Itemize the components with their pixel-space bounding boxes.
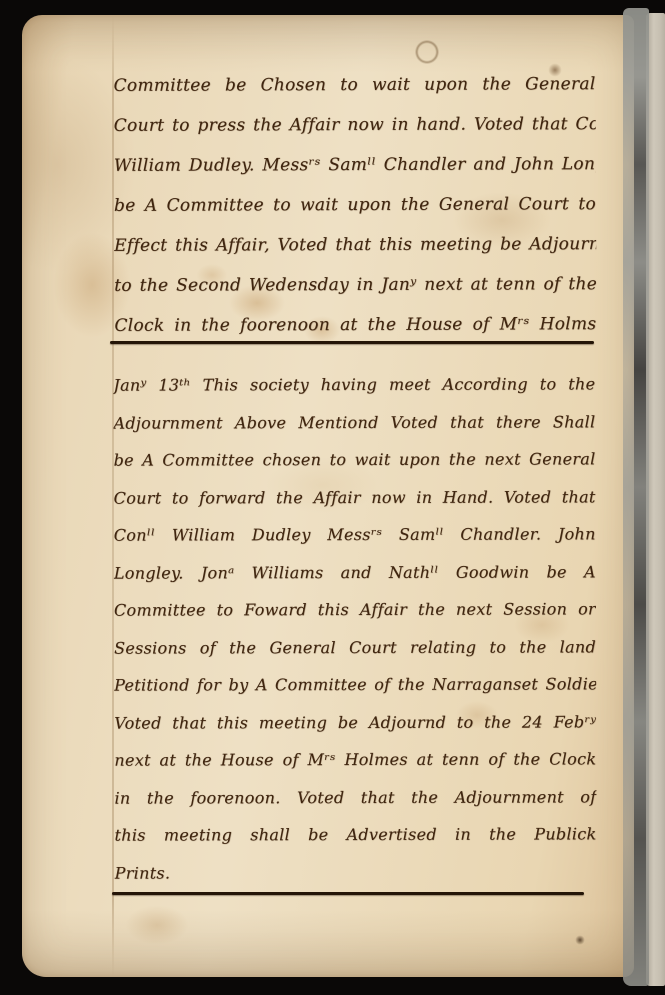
- entry-divider-rule: [110, 341, 594, 344]
- manuscript-line: Court to press the Affair now in hand. V…: [114, 104, 596, 146]
- manuscript-line: Sessions of the General Court relating t…: [114, 628, 596, 667]
- manuscript-line: Conˡˡ William Dudley Messʳˢ Samˡˡ Chandl…: [114, 515, 596, 554]
- manuscript-line: Committee to Foward this Affair the next…: [114, 590, 596, 629]
- manuscript-line: to the Second Wedensday in Janʸ next at …: [114, 264, 596, 306]
- manuscript-line: in the foorenoon. Voted that the Adjourn…: [114, 778, 596, 817]
- manuscript-page: Committee be Chosen to wait upon the Gen…: [22, 15, 634, 977]
- manuscript-line: Petitiond for by A Committee of the Narr…: [114, 665, 596, 704]
- entry-closing-rule: [112, 892, 584, 895]
- manuscript-line: Janʸ 13ᵗʰ This society having meet Accor…: [113, 365, 595, 404]
- second-meeting-entry: Janʸ 13ᵗʰ This society having meet Accor…: [113, 365, 596, 891]
- manuscript-line: be A Committee to wait upon the General …: [114, 184, 596, 226]
- manuscript-line: Clock in the foorenoon at the House of M…: [114, 304, 596, 346]
- manuscript-line: William Dudley. Messʳˢ Samˡˡ Chandler an…: [114, 144, 596, 186]
- manuscript-line: be A Committee chosen to wait upon the n…: [114, 440, 596, 479]
- manuscript-line: Prints.: [115, 853, 597, 892]
- manuscript-line: Voted that this meeting be Adjournd to t…: [114, 703, 596, 742]
- first-meeting-entry: Committee be Chosen to wait upon the Gen…: [114, 64, 597, 346]
- photo-background: Committee be Chosen to wait upon the Gen…: [0, 0, 665, 995]
- manuscript-line: Adjournment Above Mentiond Voted that th…: [113, 403, 595, 442]
- manuscript-line: Court to forward the Affair now in Hand.…: [114, 478, 596, 517]
- manuscript-line: next at the House of Mʳˢ Holmes at tenn …: [114, 740, 596, 779]
- manuscript-line: this meeting shall be Advertised in the …: [114, 815, 596, 854]
- manuscript-line: Committee be Chosen to wait upon the Gen…: [114, 64, 596, 106]
- binding-tape-strip: [623, 8, 649, 986]
- manuscript-line: Effect this Affair, Voted that this meet…: [114, 224, 596, 266]
- manuscript-line: Longley. Jonᵃ Williams and Nathˡˡ Goodwi…: [114, 553, 596, 592]
